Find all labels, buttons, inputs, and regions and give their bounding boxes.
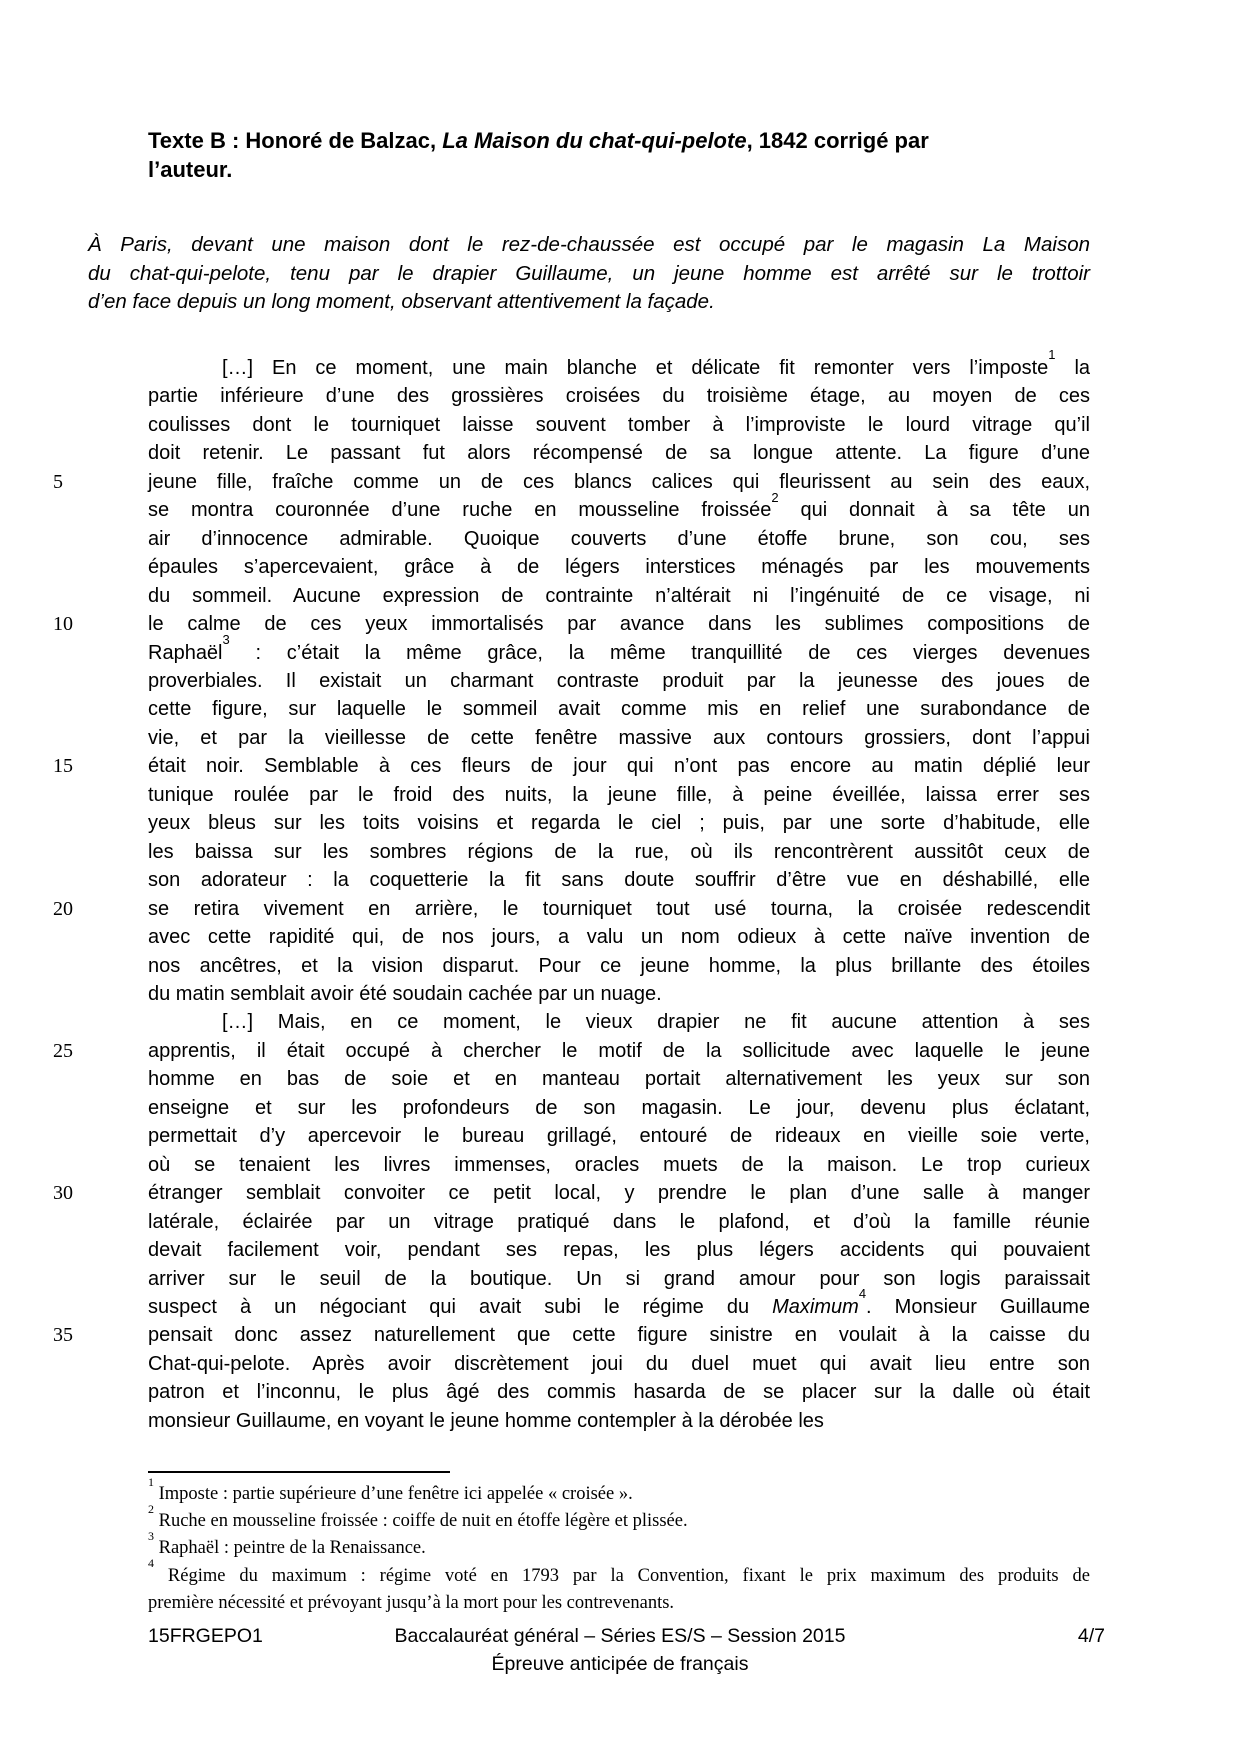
line-number: 20 bbox=[53, 895, 113, 923]
footnote-text: Raphaël : peintre de la Renaissance. bbox=[154, 1538, 426, 1558]
body-line: air d’innocence admirable. Quoique couve… bbox=[148, 525, 1090, 553]
footnote-line: 3 Raphaël : peintre de la Renaissance. bbox=[148, 1535, 1090, 1562]
body-line: partie inférieure d’une des grossières c… bbox=[148, 382, 1090, 410]
body-line: 25apprentis, il était occupé à chercher … bbox=[148, 1037, 1090, 1065]
title-work-name: La Maison du chat-qui-pelote bbox=[442, 128, 746, 153]
footnote-text: première nécessité et prévoyant jusqu’à … bbox=[148, 1593, 674, 1613]
body-line-text: les baissa sur les sombres régions de la… bbox=[148, 841, 1090, 863]
body-line: 10le calme de ces yeux immortalisés par … bbox=[148, 610, 1090, 638]
document-code: 15FRGEPO1 bbox=[148, 1623, 263, 1651]
title-text-after: , 1842 corrigé par bbox=[747, 128, 929, 153]
page-footer: 15FRGEPO1 4/7 Baccalauréat général – Sér… bbox=[0, 1623, 1240, 1678]
line-number: 15 bbox=[53, 752, 113, 780]
body-line-text: Raphaël bbox=[148, 642, 223, 664]
line-number: 35 bbox=[53, 1321, 113, 1349]
body-line-text-after: . Monsieur Guillaume bbox=[866, 1296, 1090, 1318]
body-line-text: homme en bas de soie et en manteau porta… bbox=[148, 1068, 1090, 1090]
body-line: homme en bas de soie et en manteau porta… bbox=[148, 1065, 1090, 1093]
body-line-text: […] Mais, en ce moment, le vieux drapier… bbox=[222, 1011, 1090, 1033]
intro-line-text: À Paris, devant une maison dont le rez-d… bbox=[88, 233, 1090, 256]
body-line: 30étranger semblait convoiter ce petit l… bbox=[148, 1179, 1090, 1207]
body-line-text: le calme de ces yeux immortalisés par av… bbox=[148, 613, 1090, 635]
body-line: son adorateur : la coquetterie la fit sa… bbox=[148, 866, 1090, 894]
body-line-text: avec cette rapidité qui, de nos jours, a… bbox=[148, 926, 1090, 948]
body-line-text: permettait d’y apercevoir le bureau gril… bbox=[148, 1125, 1090, 1147]
intro-line: d’en face depuis un long moment, observa… bbox=[88, 288, 1090, 317]
title-text: Texte B : Honoré de Balzac, bbox=[148, 128, 442, 153]
body-line: du sommeil. Aucune expression de contrai… bbox=[148, 582, 1090, 610]
body-line-text: vie, et par la vieillesse de cette fenêt… bbox=[148, 727, 1090, 749]
footnote-reference: 4 bbox=[859, 1286, 866, 1301]
body-line-text: air d’innocence admirable. Quoique couve… bbox=[148, 528, 1090, 550]
body-line-text: tunique roulée par le froid des nuits, l… bbox=[148, 784, 1090, 806]
page-number: 4/7 bbox=[1078, 1623, 1105, 1651]
page-title: Texte B : Honoré de Balzac, La Maison du… bbox=[148, 126, 1098, 184]
body-line: avec cette rapidité qui, de nos jours, a… bbox=[148, 923, 1090, 951]
footnote-line: 1 Imposte : partie supérieure d’une fenê… bbox=[148, 1481, 1090, 1508]
body-line: épaules s’apercevaient, grâce à de léger… bbox=[148, 553, 1090, 581]
footnote-number: 3 bbox=[148, 1529, 154, 1543]
body-line: doit retenir. Le passant fut alors récom… bbox=[148, 439, 1090, 467]
body-line: suspect à un négociant qui avait subi le… bbox=[148, 1293, 1090, 1321]
body-line-text: épaules s’apercevaient, grâce à de léger… bbox=[148, 556, 1090, 578]
body-line-text: se retira vivement en arrière, le tourni… bbox=[148, 898, 1090, 920]
body-line-text: yeux bleus sur les toits voisins et rega… bbox=[148, 812, 1090, 834]
body-line: permettait d’y apercevoir le bureau gril… bbox=[148, 1122, 1090, 1150]
body-line-italic-text: Maximum bbox=[772, 1296, 859, 1318]
footnotes: 1 Imposte : partie supérieure d’une fenê… bbox=[148, 1481, 1090, 1617]
line-number: 10 bbox=[53, 610, 113, 638]
body-line: […] En ce moment, une main blanche et dé… bbox=[148, 354, 1090, 382]
body-line-text: jeune fille, fraîche comme un de ces bla… bbox=[148, 471, 1090, 493]
body-line-text: suspect à un négociant qui avait subi le… bbox=[148, 1296, 772, 1318]
body-line: tunique roulée par le froid des nuits, l… bbox=[148, 781, 1090, 809]
body-line: […] Mais, en ce moment, le vieux drapier… bbox=[148, 1008, 1090, 1036]
footnote-number: 2 bbox=[148, 1502, 154, 1516]
intro-line-text: d’en face depuis un long moment, observa… bbox=[88, 290, 715, 313]
body-line: 5jeune fille, fraîche comme un de ces bl… bbox=[148, 468, 1090, 496]
body-line: patron et l’inconnu, le plus âgé des com… bbox=[148, 1378, 1090, 1406]
body-line-text: se montra couronnée d’une ruche en mouss… bbox=[148, 499, 771, 521]
body-line: du matin semblait avoir été soudain cach… bbox=[148, 980, 1090, 1008]
intro-paragraph: À Paris, devant une maison dont le rez-d… bbox=[88, 231, 1090, 317]
body-line-text: enseigne et sur les profondeurs de son m… bbox=[148, 1097, 1090, 1119]
footnote-reference: 1 bbox=[1048, 347, 1055, 362]
body-line-text: du sommeil. Aucune expression de contrai… bbox=[148, 585, 1090, 607]
body-line-text: son adorateur : la coquetterie la fit sa… bbox=[148, 869, 1090, 891]
body-line-text: du matin semblait avoir été soudain cach… bbox=[148, 983, 662, 1005]
body-line-text-after: : c’était la même grâce, la même tranqui… bbox=[230, 642, 1090, 664]
body-line: où se tenaient les livres immenses, orac… bbox=[148, 1151, 1090, 1179]
intro-line: À Paris, devant une maison dont le rez-d… bbox=[88, 231, 1090, 260]
title-line-1: Texte B : Honoré de Balzac, La Maison du… bbox=[148, 126, 1098, 155]
body-line-text: patron et l’inconnu, le plus âgé des com… bbox=[148, 1381, 1090, 1403]
intro-line: du chat-qui-pelote, tenu par le drapier … bbox=[88, 260, 1090, 289]
main-text: […] En ce moment, une main blanche et dé… bbox=[148, 354, 1090, 1435]
body-line-text: partie inférieure d’une des grossières c… bbox=[148, 385, 1090, 407]
body-line-text-after: qui donnait à sa tête un bbox=[779, 499, 1090, 521]
body-line: enseigne et sur les profondeurs de son m… bbox=[148, 1094, 1090, 1122]
body-line: Raphaël3 : c’était la même grâce, la mêm… bbox=[148, 639, 1090, 667]
body-line-text: était noir. Semblable à ces fleurs de jo… bbox=[148, 755, 1090, 777]
title-line-2: l’auteur. bbox=[148, 155, 1098, 184]
footnote-separator bbox=[148, 1471, 450, 1473]
body-line-text: où se tenaient les livres immenses, orac… bbox=[148, 1154, 1090, 1176]
body-line-text: nos ancêtres, et la vision disparut. Pou… bbox=[148, 955, 1090, 977]
body-line-text-after: la bbox=[1056, 357, 1091, 379]
body-line: Chat-qui-pelote. Après avoir discrètemen… bbox=[148, 1350, 1090, 1378]
footnote-text: Ruche en mousseline froissée : coiffe de… bbox=[154, 1511, 688, 1531]
body-line-text: latérale, éclairée par un vitrage pratiq… bbox=[148, 1211, 1090, 1233]
footnote-line: 2 Ruche en mousseline froissée : coiffe … bbox=[148, 1508, 1090, 1535]
body-line-text: devait facilement voir, pendant ses repa… bbox=[148, 1239, 1090, 1261]
line-number: 25 bbox=[53, 1037, 113, 1065]
body-line-text: Chat-qui-pelote. Après avoir discrètemen… bbox=[148, 1353, 1090, 1375]
exam-page: { "title": { "line1_pre": "Texte B : Hon… bbox=[0, 0, 1240, 1754]
body-line-text: apprentis, il était occupé à chercher le… bbox=[148, 1040, 1090, 1062]
body-line-text: arriver sur le seuil de la boutique. Un … bbox=[148, 1268, 1090, 1290]
body-line: proverbiales. Il existait un charmant co… bbox=[148, 667, 1090, 695]
body-line: 15était noir. Semblable à ces fleurs de … bbox=[148, 752, 1090, 780]
footnote-line: première nécessité et prévoyant jusqu’à … bbox=[148, 1590, 1090, 1617]
footnote-text: Régime du maximum : régime voté en 1793 … bbox=[154, 1566, 1090, 1586]
body-line-text: monsieur Guillaume, en voyant le jeune h… bbox=[148, 1410, 824, 1432]
body-line: vie, et par la vieillesse de cette fenêt… bbox=[148, 724, 1090, 752]
body-line: se montra couronnée d’une ruche en mouss… bbox=[148, 496, 1090, 524]
footnote-text: Imposte : partie supérieure d’une fenêtr… bbox=[154, 1484, 633, 1504]
body-line-text: cette figure, sur laquelle le sommeil av… bbox=[148, 698, 1090, 720]
body-line-text: proverbiales. Il existait un charmant co… bbox=[148, 670, 1090, 692]
body-line-text: doit retenir. Le passant fut alors récom… bbox=[148, 442, 1090, 464]
intro-line-text: du chat-qui-pelote, tenu par le drapier … bbox=[88, 262, 1090, 285]
body-line: nos ancêtres, et la vision disparut. Pou… bbox=[148, 952, 1090, 980]
line-number: 5 bbox=[53, 468, 113, 496]
footer-center-line-2: Épreuve anticipée de français bbox=[0, 1651, 1240, 1679]
body-line: arriver sur le seuil de la boutique. Un … bbox=[148, 1265, 1090, 1293]
footnote-number: 4 bbox=[148, 1556, 154, 1570]
body-line: les baissa sur les sombres régions de la… bbox=[148, 838, 1090, 866]
body-line: monsieur Guillaume, en voyant le jeune h… bbox=[148, 1407, 1090, 1435]
footnote-reference: 3 bbox=[223, 632, 230, 647]
body-line: 35pensait donc assez naturellement que c… bbox=[148, 1321, 1090, 1349]
body-line: devait facilement voir, pendant ses repa… bbox=[148, 1236, 1090, 1264]
body-line: coulisses dont le tourniquet laisse souv… bbox=[148, 411, 1090, 439]
body-line: latérale, éclairée par un vitrage pratiq… bbox=[148, 1208, 1090, 1236]
body-line: 20se retira vivement en arrière, le tour… bbox=[148, 895, 1090, 923]
body-line: yeux bleus sur les toits voisins et rega… bbox=[148, 809, 1090, 837]
footnote-reference: 2 bbox=[771, 490, 778, 505]
body-line-text: […] En ce moment, une main blanche et dé… bbox=[222, 357, 1048, 379]
body-line-text: étranger semblait convoiter ce petit loc… bbox=[148, 1182, 1090, 1204]
footnote-number: 1 bbox=[148, 1475, 154, 1489]
body-line-text: coulisses dont le tourniquet laisse souv… bbox=[148, 414, 1090, 436]
line-number: 30 bbox=[53, 1179, 113, 1207]
body-line: cette figure, sur laquelle le sommeil av… bbox=[148, 695, 1090, 723]
footnote-line: 4 Régime du maximum : régime voté en 179… bbox=[148, 1563, 1090, 1590]
body-line-text: pensait donc assez naturellement que cet… bbox=[148, 1324, 1090, 1346]
